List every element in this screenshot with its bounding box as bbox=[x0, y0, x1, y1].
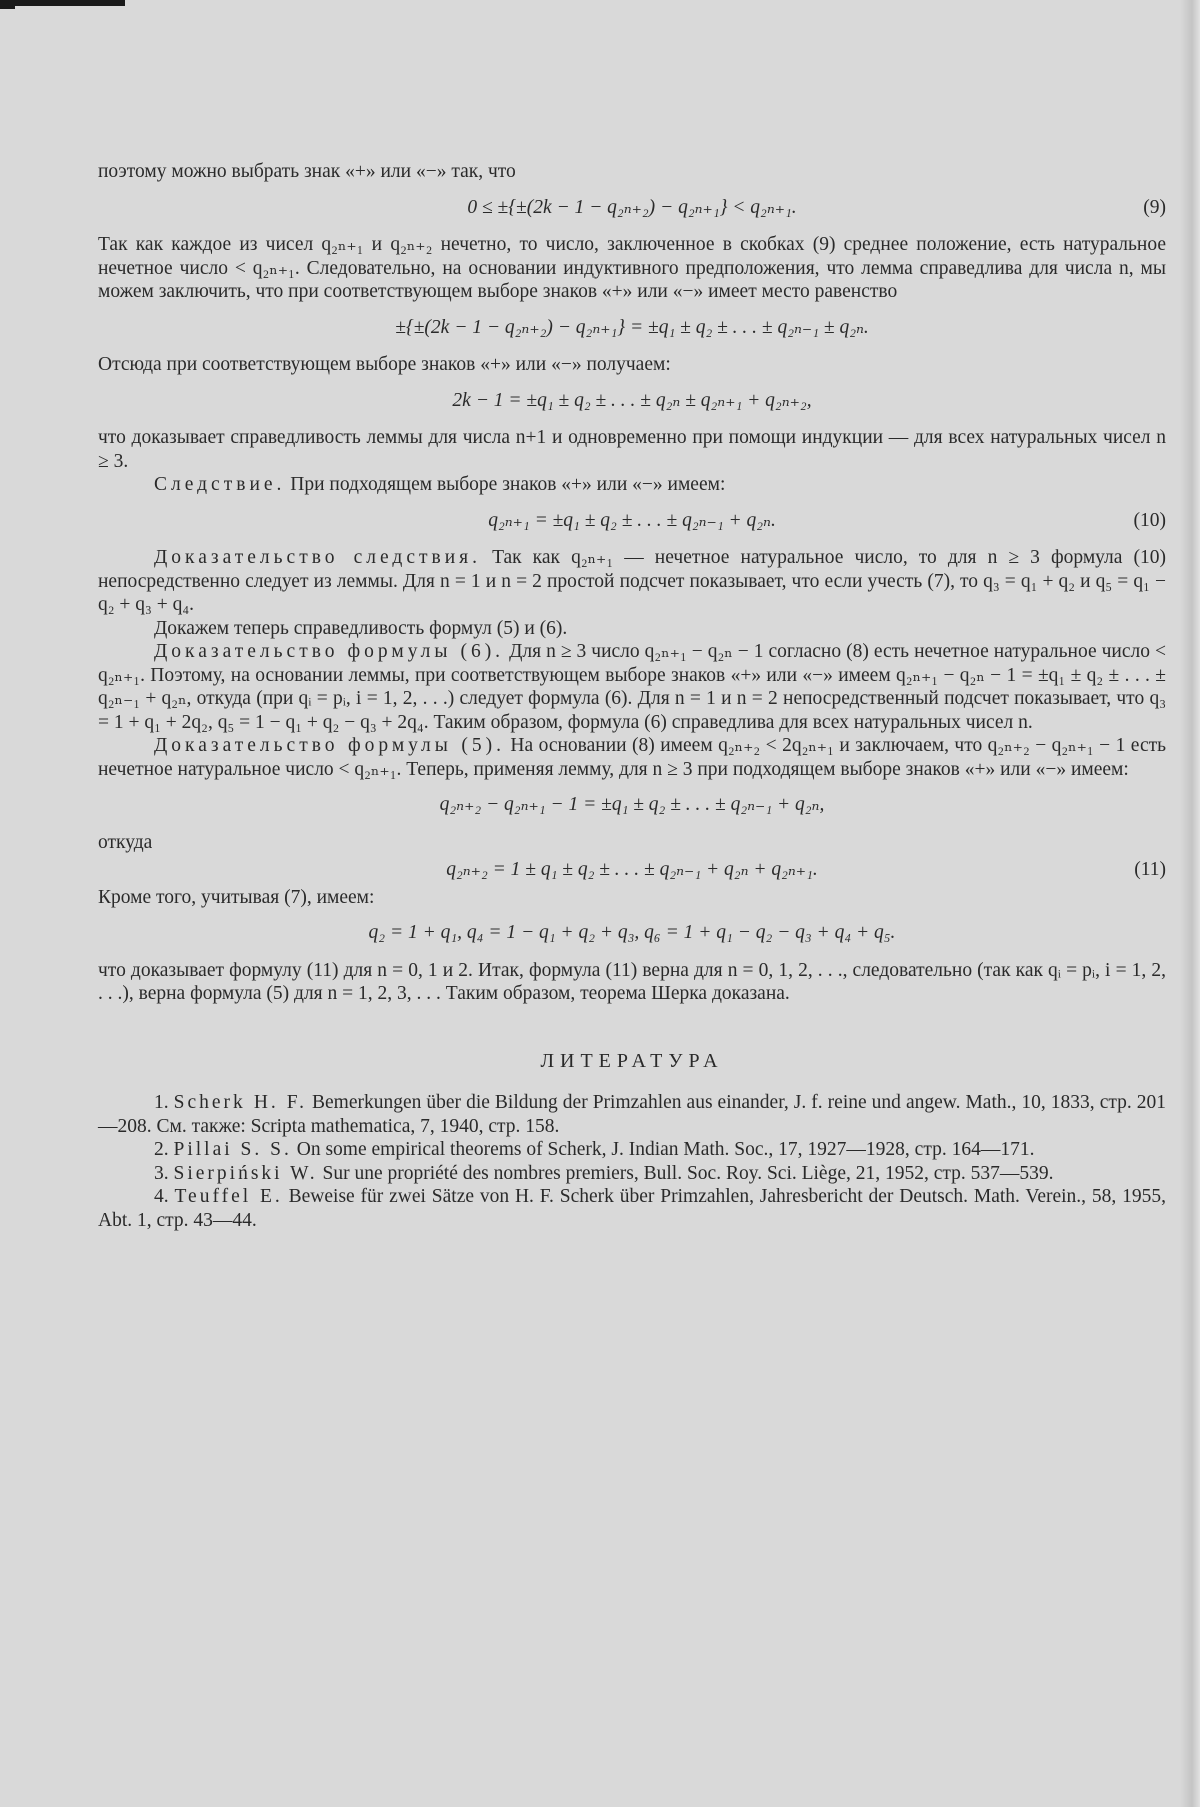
formula-11: q₂ₙ₊₂ = 1 ± q₁ ± q₂ ± . . . ± q₂ₙ₋₁ + q₂… bbox=[98, 858, 1166, 882]
paragraph: Докажем теперь справедливость формул (5)… bbox=[98, 617, 1166, 641]
reference-item: 2. Pillai S. S. On some empirical theore… bbox=[98, 1138, 1166, 1162]
paragraph: что доказывает формулу (11) для n = 0, 1… bbox=[98, 959, 1166, 1006]
formula-text: 2k − 1 = ±q₁ ± q₂ ± . . . ± q₂ₙ ± q₂ₙ₊₁ … bbox=[452, 390, 811, 411]
formula-text: q₂ = 1 + q₁, q₄ = 1 − q₁ + q₂ + q₃, q₆ =… bbox=[369, 922, 896, 943]
paragraph: Так как каждое из чисел q₂ₙ₊₁ и q₂ₙ₊₂ не… bbox=[98, 233, 1166, 304]
proof-label: Доказательство формулы (6). bbox=[154, 641, 504, 662]
proof-formula-5: Доказательство формулы (5). На основании… bbox=[98, 734, 1166, 781]
reference-item: 1. Scherk H. F. Bemerkungen über die Bil… bbox=[98, 1091, 1166, 1138]
paragraph: поэтому можно выбрать знак «+» или «−» т… bbox=[98, 160, 1166, 184]
formula-text: ±{±(2k − 1 − q₂ₙ₊₂) − q₂ₙ₊₁} = ±q₁ ± q₂ … bbox=[395, 317, 869, 338]
reference-text: On some empirical theorems of Scherk, J.… bbox=[297, 1139, 1035, 1160]
formula-10: q₂ₙ₊₁ = ±q₁ ± q₂ ± . . . ± q₂ₙ₋₁ + q₂ₙ. … bbox=[98, 509, 1166, 533]
reference-text: Sur une propriété des nombres premiers, … bbox=[322, 1163, 1053, 1184]
formula-text: 0 ≤ ±{±(2k − 1 − q₂ₙ₊₂) − q₂ₙ₊₁} < q₂ₙ₊₁… bbox=[467, 197, 796, 218]
reference-item: 3. Sierpiński W. Sur une propriété des n… bbox=[98, 1162, 1166, 1186]
proof-label: Доказательство формулы (5). bbox=[154, 735, 505, 756]
equation-number: (10) bbox=[1134, 509, 1167, 533]
scan-border bbox=[0, 0, 15, 9]
paragraph: Отсюда при соответствующем выборе знаков… bbox=[98, 353, 1166, 377]
paragraph: что доказывает справедливость леммы для … bbox=[98, 426, 1166, 473]
formula: ±{±(2k − 1 − q₂ₙ₊₂) − q₂ₙ₊₁} = ±q₁ ± q₂ … bbox=[98, 316, 1166, 340]
references-list: 1. Scherk H. F. Bemerkungen über die Bil… bbox=[98, 1091, 1166, 1232]
references-title: ЛИТЕРАТУРА bbox=[98, 1050, 1166, 1074]
reference-number: 4. bbox=[154, 1186, 169, 1207]
corollary-text: При подходящем выборе знаков «+» или «−»… bbox=[290, 474, 725, 495]
reference-item: 4. Teuffel E. Beweise für zwei Sätze von… bbox=[98, 1185, 1166, 1232]
proof-label: Доказательство следствия. bbox=[154, 547, 481, 568]
reference-author: Scherk H. F. bbox=[174, 1092, 307, 1113]
formula-9: 0 ≤ ±{±(2k − 1 − q₂ₙ₊₂) − q₂ₙ₊₁} < q₂ₙ₊₁… bbox=[98, 196, 1166, 220]
formula-text: q₂ₙ₊₂ = 1 ± q₁ ± q₂ ± . . . ± q₂ₙ₋₁ + q₂… bbox=[446, 859, 818, 880]
reference-number: 3. bbox=[154, 1163, 169, 1184]
paragraph: Кроме того, учитывая (7), имеем: bbox=[98, 886, 1166, 910]
document-page: поэтому можно выбрать знак «+» или «−» т… bbox=[98, 160, 1166, 1232]
equation-number: (9) bbox=[1143, 196, 1166, 220]
corollary: Следствие. При подходящем выборе знаков … bbox=[98, 473, 1166, 497]
formula: q₂ₙ₊₂ − q₂ₙ₊₁ − 1 = ±q₁ ± q₂ ± . . . ± q… bbox=[98, 793, 1166, 817]
formula: 2k − 1 = ±q₁ ± q₂ ± . . . ± q₂ₙ ± q₂ₙ₊₁ … bbox=[98, 389, 1166, 413]
scan-border bbox=[0, 0, 125, 6]
reference-author: Sierpiński W. bbox=[174, 1163, 318, 1184]
reference-number: 2. bbox=[154, 1139, 169, 1160]
proof-corollary: Доказательство следствия. Так как q₂ₙ₊₁ … bbox=[98, 546, 1166, 617]
reference-author: Pillai S. S. bbox=[174, 1139, 292, 1160]
formula: q₂ = 1 + q₁, q₄ = 1 − q₁ + q₂ + q₃, q₆ =… bbox=[98, 921, 1166, 945]
paragraph: откуда bbox=[98, 831, 1166, 855]
page-gutter-shadow bbox=[1180, 0, 1200, 1807]
equation-number: (11) bbox=[1134, 858, 1166, 882]
formula-text: q₂ₙ₊₂ − q₂ₙ₊₁ − 1 = ±q₁ ± q₂ ± . . . ± q… bbox=[440, 794, 825, 815]
reference-number: 1. bbox=[154, 1092, 169, 1113]
reference-author: Teuffel E. bbox=[174, 1186, 282, 1207]
formula-text: q₂ₙ₊₁ = ±q₁ ± q₂ ± . . . ± q₂ₙ₋₁ + q₂ₙ. bbox=[488, 510, 776, 531]
corollary-label: Следствие. bbox=[154, 474, 285, 495]
proof-formula-6: Доказательство формулы (6). Для n ≥ 3 чи… bbox=[98, 640, 1166, 734]
